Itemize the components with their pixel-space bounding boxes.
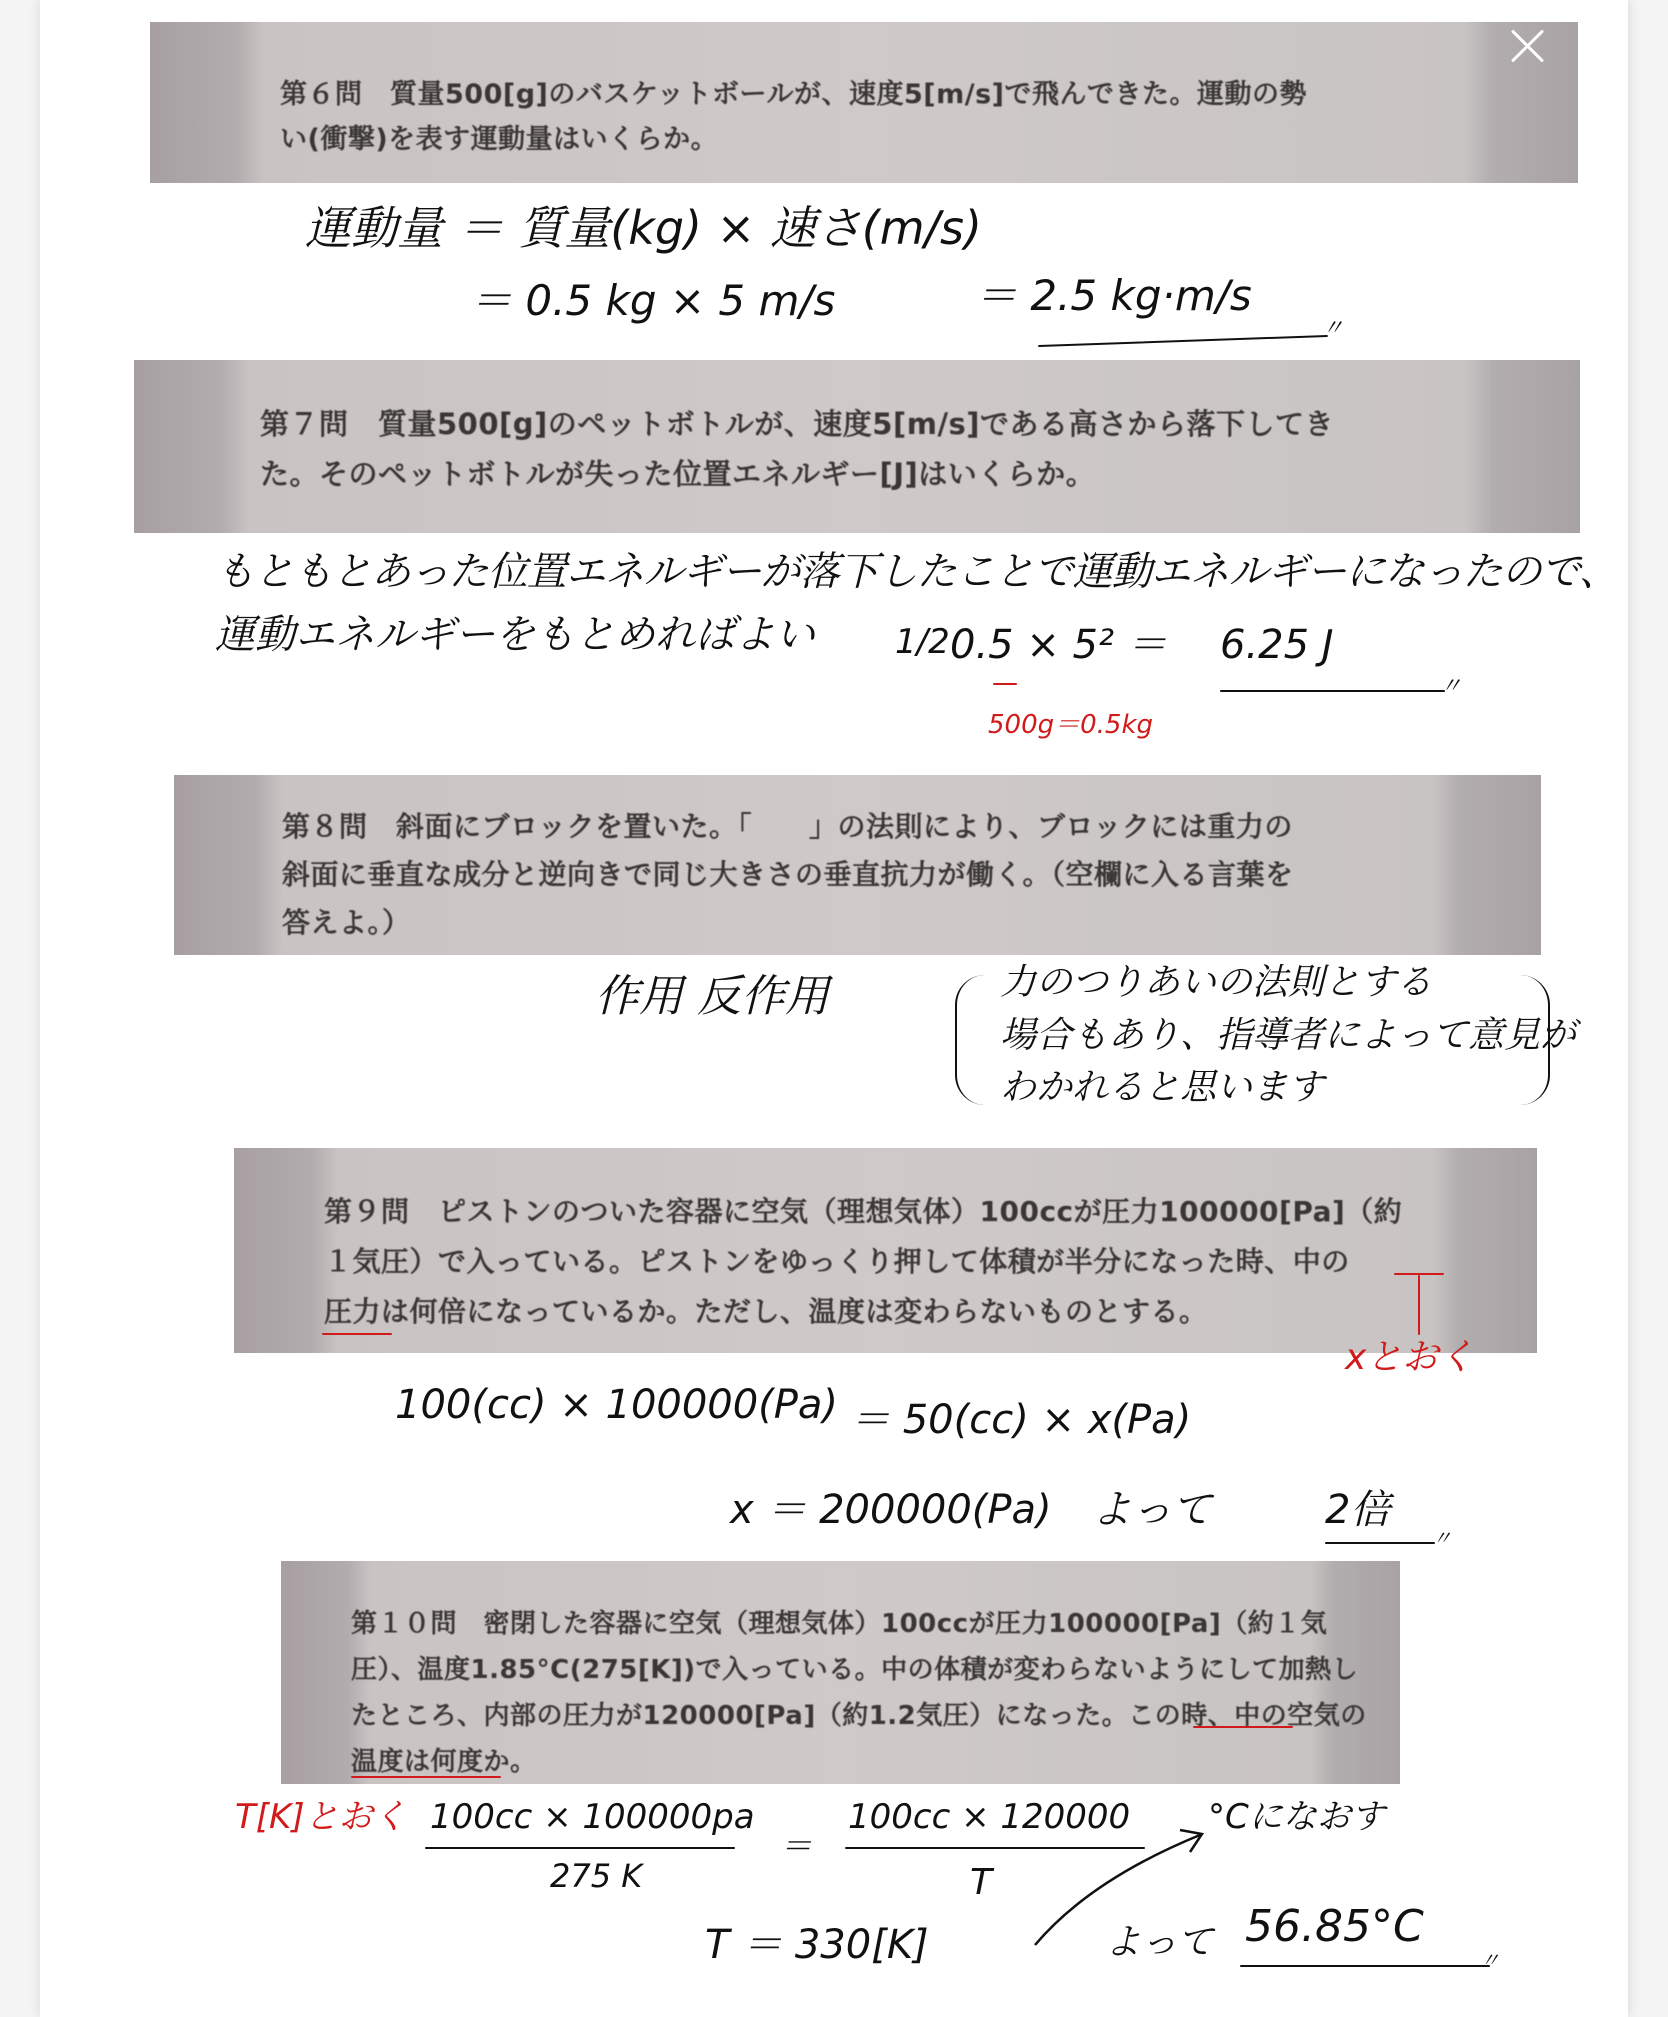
question-7-photo: 第７問 質量500[g]のペットボトルが、速度5[m/s]である高さから落下して…	[134, 360, 1580, 533]
question-7-line-1: 第７問 質量500[g]のペットボトルが、速度5[m/s]である高さから落下して…	[260, 402, 1334, 443]
answer-8-close-paren	[1520, 975, 1550, 1105]
close-icon[interactable]	[1507, 26, 1547, 66]
answer-8-note-3: わかれると思います	[1000, 1070, 1324, 1106]
question-9-photo: 第９問 ピストンのついた容器に空気（理想気体）100ccが圧力100000[Pa…	[234, 1148, 1537, 1353]
answer-9-mark: 〃	[1432, 1528, 1452, 1548]
answer-10-red-note: T[K]とおく	[235, 1800, 407, 1834]
answer-7-red-tick	[993, 683, 1017, 685]
answer-10-arrow-note: °Cになおす	[1208, 1800, 1385, 1834]
answer-10-frac2-den: T	[970, 1865, 992, 1901]
answer-6-underline	[1038, 335, 1328, 347]
question-10-line-2: 圧）、温度1.85°C(275[K])で入っている。中の体積が変わらないようにし…	[351, 1649, 1358, 1686]
answer-9-line-2: x ＝ 200000(Pa) よって	[730, 1490, 1212, 1530]
question-7-line-2: た。そのペットボトルが失った位置エネルギー[J]はいくらか。	[260, 452, 1095, 493]
answer-8-note-2: 場合もあり、指導者によって意見が	[1000, 1018, 1576, 1054]
question-8-line-3: 答えよ。）	[282, 901, 411, 941]
answer-6-line-1: 運動量 ＝ 質量(kg) × 速さ(m/s)	[305, 205, 982, 251]
answer-8-note-1: 力のつりあいの法則とする	[1000, 965, 1432, 1001]
question-9-line-2: １気圧）で入っている。ピストンをゆっくり押して体積が半分になった時、中の	[324, 1240, 1350, 1280]
answer-10-mark: 〃	[1480, 1950, 1500, 1970]
answer-10-eq: ＝	[780, 1830, 812, 1862]
answer-7-underline	[1220, 690, 1445, 692]
answer-7-line-1: もともとあった位置エネルギーが落下したことで運動エネルギーになったので、	[215, 552, 1618, 592]
question-8-line-2: 斜面に垂直な成分と逆向きで同じ大きさの垂直抗力が働く。（空欄に入る言葉を	[282, 853, 1293, 893]
answer-6-line-2: ＝ 0.5 kg × 5 m/s	[470, 280, 835, 322]
answer-10-line-2: T ＝ 330[K]	[705, 1925, 929, 1965]
question-10-line-4: 温度は何度か。	[351, 1741, 537, 1778]
question-9-red-underline	[322, 1333, 392, 1335]
document-page: 第６問 質量500[g]のバスケットボールが、速度5[m/s]で飛んできた。運動…	[40, 0, 1628, 2017]
question-10-red-underline-2	[351, 1776, 501, 1778]
answer-7-red-note: 500g＝0.5kg	[988, 712, 1153, 738]
answer-9-line-1-left: 100(cc) × 100000(Pa)	[395, 1385, 838, 1425]
answer-10-frac1-bar	[425, 1847, 735, 1849]
answer-10-frac1-num: 100cc × 100000pa	[430, 1800, 755, 1834]
question-10-red-underline-1	[1193, 1726, 1293, 1728]
answer-7-frac: 1/2	[895, 625, 950, 659]
question-10-line-1: 第１０問 密閉した容器に空気（理想気体）100ccが圧力100000[Pa]（約…	[351, 1603, 1327, 1640]
answer-7-line-2: 運動エネルギーをもとめればよい	[215, 615, 815, 655]
answer-9-result: 2倍	[1325, 1490, 1390, 1530]
question-9-red-stem	[1418, 1275, 1420, 1335]
answer-7-formula: 0.5 × 5² ＝	[950, 625, 1167, 665]
answer-10-underline	[1240, 1965, 1490, 1967]
answer-6-result: ＝ 2.5 kg·m/s	[975, 275, 1252, 317]
answer-9-line-1-right: ＝ 50(cc) × x(Pa)	[850, 1400, 1191, 1440]
question-6-line-2: い(衝撃)を表す運動量はいくらか。	[280, 117, 718, 156]
answer-9-red-note: xとおく	[1345, 1340, 1474, 1376]
question-9-line-3: 圧力は何倍になっているか。ただし、温度は変わらないものとする。	[324, 1290, 1208, 1330]
answer-10-result: 56.85°C	[1245, 1905, 1424, 1949]
question-10-photo: 第１０問 密閉した容器に空気（理想気体）100ccが圧力100000[Pa]（約…	[281, 1561, 1400, 1784]
question-8-photo: 第８問 斜面にブロックを置いた。「 」の法則により、ブロックには重力の 斜面に垂…	[174, 775, 1541, 955]
answer-10-frac1-den: 275 K	[550, 1860, 642, 1892]
question-6-line-1: 第６問 質量500[g]のバスケットボールが、速度5[m/s]で飛んできた。運動…	[280, 72, 1307, 111]
answer-8-main: 作用 反作用	[595, 975, 829, 1019]
answer-7-mark: 〃	[1440, 676, 1462, 698]
question-6-photo: 第６問 質量500[g]のバスケットボールが、速度5[m/s]で飛んできた。運動…	[150, 22, 1578, 183]
question-9-line-1: 第９問 ピストンのついた容器に空気（理想気体）100ccが圧力100000[Pa…	[324, 1190, 1402, 1230]
answer-8-open-paren	[955, 975, 985, 1105]
answer-6-mark: 〃	[1322, 318, 1344, 340]
answer-7-result: 6.25 J	[1220, 625, 1334, 665]
answer-9-underline	[1325, 1542, 1435, 1544]
question-8-line-1: 第８問 斜面にブロックを置いた。「 」の法則により、ブロックには重力の	[282, 805, 1293, 845]
answer-10-so: よって	[1105, 1925, 1213, 1961]
